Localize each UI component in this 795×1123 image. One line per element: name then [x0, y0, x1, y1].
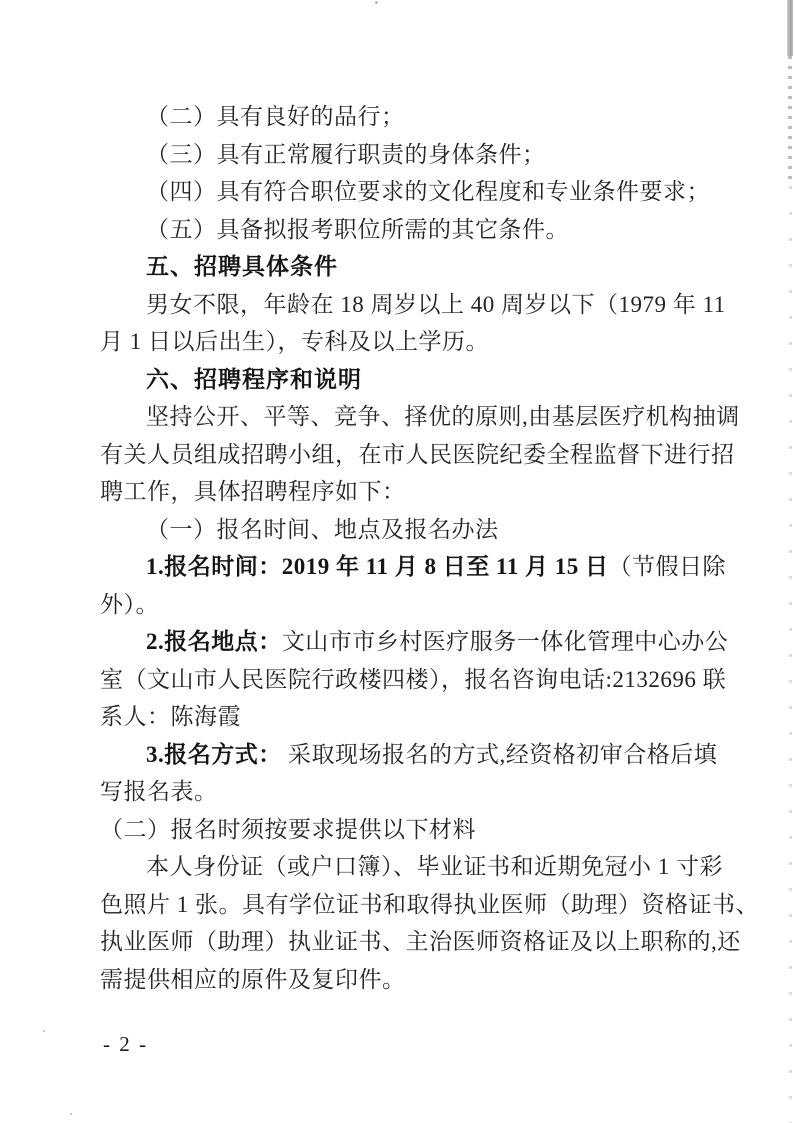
- text-line-16: 室（文山市人民医院行政楼四楼），报名咨询电话:2132696 联: [100, 661, 705, 699]
- text-segment: 2.报名地点：: [146, 629, 282, 654]
- text-line-10: 有关人员组成招聘小组，在市人民医院纪委全程监督下进行招: [100, 436, 705, 474]
- text-segment: 六、招聘程序和说明: [146, 366, 362, 392]
- text-segment: （二）报名时须按要求提供以下材料: [100, 817, 476, 842]
- text-segment: 男女不限，年龄在 18 周岁以上 40 周岁以下（1979 年 11: [146, 292, 726, 317]
- text-line-12: （一）报名时间、地点及报名办法: [100, 511, 705, 549]
- text-line-13: 1.报名时间：2019 年 11 月 8 日至 11 月 15 日（节假日除: [100, 548, 705, 586]
- document-page: （二）具有良好的品行；（三）具有正常履行职责的身体条件；（四）具有符合职位要求的…: [0, 0, 795, 1123]
- text-segment: （四）具有符合职位要求的文化程度和专业条件要求；: [146, 179, 710, 204]
- text-segment: （五）具备拟报考职位所需的其它条件。: [146, 217, 569, 242]
- text-segment: 采取现场报名的方式,经资格初审合格后填: [282, 742, 718, 767]
- text-segment: （二）具有良好的品行；: [146, 104, 405, 129]
- text-segment: 需提供相应的原件及复印件。: [100, 967, 406, 992]
- text-line-1: （二）具有良好的品行；: [100, 98, 705, 136]
- text-line-8: 六、招聘程序和说明: [100, 361, 705, 399]
- text-segment: 本人身份证（或户口簿）、毕业证书和近期免冠小 1 寸彩: [146, 854, 723, 879]
- scan-edge-artifact: [787, 0, 793, 56]
- text-line-7: 月 1 日以后出生），专科及以上学历。: [100, 323, 705, 361]
- text-segment: 3.报名方式：: [146, 742, 282, 767]
- text-line-22: 色照片 1 张。具有学位证书和取得执业医师（助理）资格证书、: [100, 886, 705, 924]
- text-segment: 外）。: [100, 592, 159, 617]
- text-segment: 色照片 1 张。具有学位证书和取得执业医师（助理）资格证书、: [100, 892, 759, 917]
- text-line-20: （二）报名时须按要求提供以下材料: [100, 811, 705, 849]
- text-segment: 文山市市乡村医疗服务一体化管理中心办公: [282, 629, 729, 654]
- scan-speck: [70, 1113, 72, 1115]
- text-segment: 坚持公开、平等、竞争、择优的原则,由基层医疗机构抽调: [146, 404, 740, 429]
- text-line-23: 执业医师（助理）执业证书、主治医师资格证及以上职称的,还: [100, 923, 705, 961]
- text-line-15: 2.报名地点：文山市市乡村医疗服务一体化管理中心办公: [100, 623, 705, 661]
- page-number: - 2 -: [103, 1031, 148, 1057]
- text-segment: （三）具有正常履行职责的身体条件；: [146, 142, 546, 167]
- text-line-3: （四）具有符合职位要求的文化程度和专业条件要求；: [100, 173, 705, 211]
- text-line-4: （五）具备拟报考职位所需的其它条件。: [100, 211, 705, 249]
- text-line-19: 写报名表。: [100, 773, 705, 811]
- text-line-24: 需提供相应的原件及复印件。: [100, 961, 705, 999]
- text-line-2: （三）具有正常履行职责的身体条件；: [100, 136, 705, 174]
- scan-edge-artifact: [788, 56, 792, 186]
- text-segment: 有关人员组成招聘小组，在市人民医院纪委全程监督下进行招: [100, 442, 735, 467]
- scan-speck: [375, 1, 378, 4]
- text-line-21: 本人身份证（或户口簿）、毕业证书和近期免冠小 1 寸彩: [100, 848, 705, 886]
- text-line-6: 男女不限，年龄在 18 周岁以上 40 周岁以下（1979 年 11: [100, 286, 705, 324]
- text-segment: 1.报名时间：2019 年 11 月 8 日至 11 月 15 日: [146, 554, 608, 579]
- text-segment: 月 1 日以后出生），专科及以上学历。: [100, 329, 489, 354]
- text-line-5: 五、招聘具体条件: [100, 248, 705, 286]
- text-segment: 系人：陈海霞: [100, 704, 241, 729]
- text-line-18: 3.报名方式： 采取现场报名的方式,经资格初审合格后填: [100, 736, 705, 774]
- text-line-11: 聘工作，具体招聘程序如下：: [100, 473, 705, 511]
- text-line-9: 坚持公开、平等、竞争、择优的原则,由基层医疗机构抽调: [100, 398, 705, 436]
- text-line-14: 外）。: [100, 586, 705, 624]
- scan-edge-artifact: [789, 186, 792, 1123]
- text-segment: （一）报名时间、地点及报名办法: [146, 517, 499, 542]
- text-segment: （节假日除: [608, 554, 726, 579]
- text-segment: 写报名表。: [100, 779, 218, 804]
- text-segment: 执业医师（助理）执业证书、主治医师资格证及以上职称的,还: [100, 929, 741, 954]
- text-segment: 室（文山市人民医院行政楼四楼），报名咨询电话:2132696 联: [100, 667, 726, 692]
- text-line-17: 系人：陈海霞: [100, 698, 705, 736]
- text-segment: 聘工作，具体招聘程序如下：: [100, 479, 406, 504]
- text-segment: 五、招聘具体条件: [146, 253, 338, 279]
- scan-speck: [43, 1030, 45, 1032]
- document-body: （二）具有良好的品行；（三）具有正常履行职责的身体条件；（四）具有符合职位要求的…: [100, 98, 705, 998]
